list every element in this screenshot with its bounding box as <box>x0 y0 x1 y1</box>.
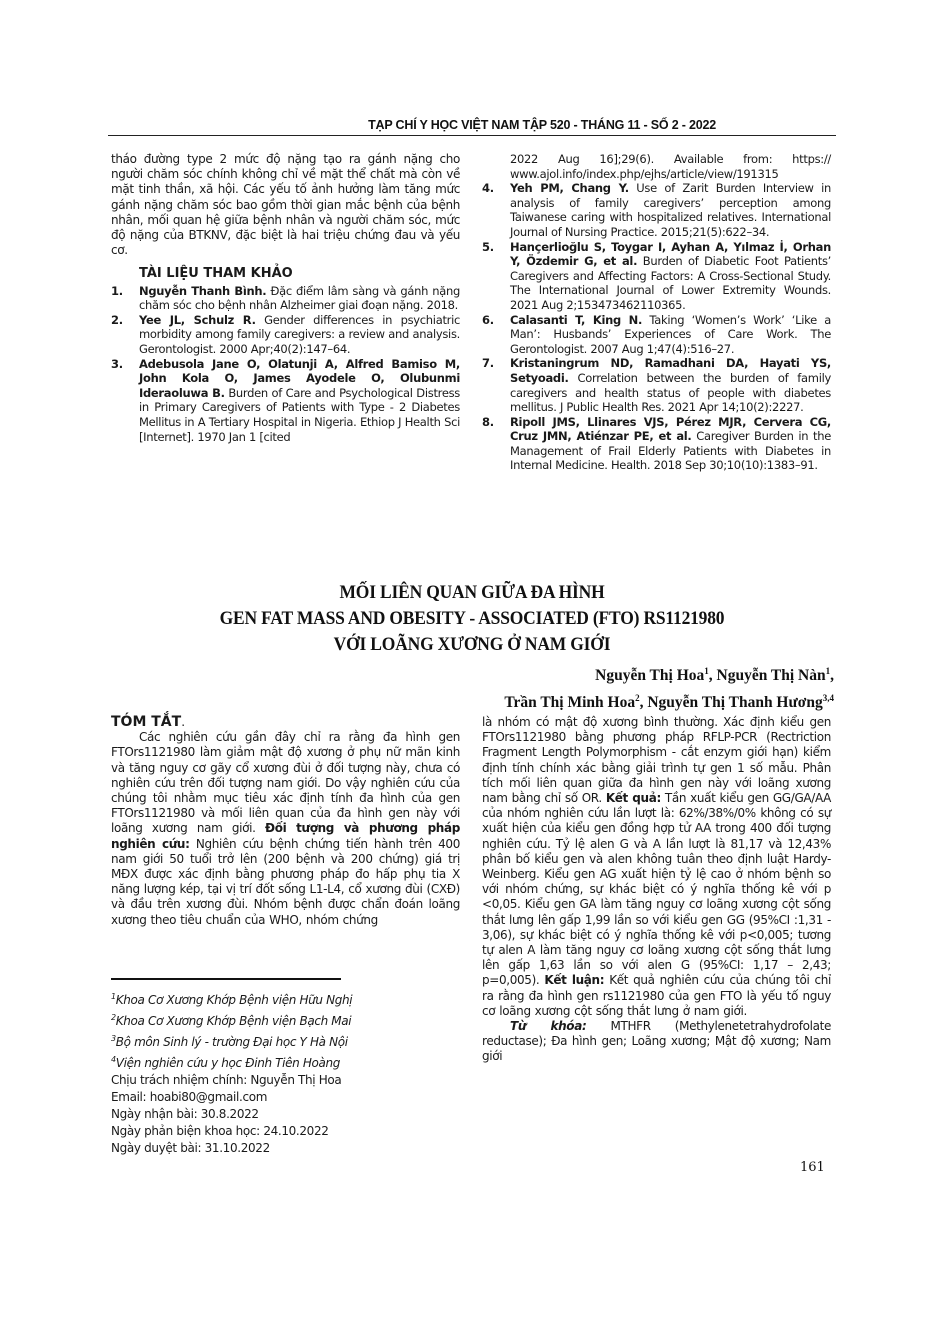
affiliation-item: 1Khoa Cơ Xương Khớp Bệnh viện Hữu Nghị <box>111 988 471 1009</box>
keywords-paragraph: Từ khóa: MTHFR (Methylenetetrahydrofolat… <box>482 1019 831 1065</box>
reference-item: 7. Kristaningrum ND, Ramadhani DA, Hayat… <box>482 356 831 414</box>
results-label: Kết quả: <box>606 791 661 805</box>
reference-item: 5. Hançerlioğlu S, Toygar I, Ayhan A, Yı… <box>482 240 831 313</box>
reference-number: 2. <box>111 313 139 357</box>
previous-article-left-column: tháo đường type 2 mức độ nặng tạo ra gán… <box>111 152 460 444</box>
reference-item: 6. Calasanti T, King N. Taking ‘Women’s … <box>482 313 831 357</box>
date-accepted: Ngày duyệt bài: 31.10.2022 <box>111 1140 471 1157</box>
date-received: Ngày nhận bài: 30.8.2022 <box>111 1106 471 1123</box>
reference-number: 3. <box>111 357 139 445</box>
references-title: TÀI LIỆU THAM KHẢO <box>139 266 460 281</box>
author-name: Nguyễn Thị Nàn <box>717 667 826 684</box>
running-header: TẠP CHÍ Y HỌC VIỆT NAM TẬP 520 - THÁNG 1… <box>108 118 836 132</box>
date-reviewed: Ngày phản biện khoa học: 24.10.2022 <box>111 1123 471 1140</box>
previous-article-right-column: 2022 Aug 16];29(6). Available from: http… <box>482 152 831 473</box>
reference-authors: Yeh PM, Chang Y. <box>510 181 629 195</box>
reference-number: 5. <box>482 240 510 313</box>
affiliation-text: Khoa Cơ Xương Khớp Bệnh viện Bạch Mai <box>116 1014 352 1028</box>
keywords-label: Từ khóa: <box>510 1019 586 1033</box>
footnotes: 1Khoa Cơ Xương Khớp Bệnh viện Hữu Nghị 2… <box>111 988 471 1157</box>
email-link[interactable]: Email: hoabi80@gmail.com <box>111 1089 471 1106</box>
author-name: Trần Thị Minh Hoa <box>504 694 635 711</box>
reference-authors: Calasanti T, King N. <box>510 313 642 327</box>
abstract-right-column: là nhóm có mật độ xương bình thường. Xác… <box>482 715 831 1065</box>
reference-number: 4. <box>482 181 510 239</box>
page-number: 161 <box>800 1160 825 1175</box>
reference-number: 6. <box>482 313 510 357</box>
reference-item: 1. Nguyễn Thanh Bình. Đặc điểm lâm sàng … <box>111 284 460 313</box>
conclusion-label: Kết luận: <box>544 973 604 987</box>
affiliation-text: Bộ môn Sinh lý - trường Đại học Y Hà Nội <box>116 1035 348 1049</box>
reference-item: 4. Yeh PM, Chang Y. Use of Zarit Burden … <box>482 181 831 239</box>
reference-authors: Nguyễn Thanh Bình. <box>139 284 266 298</box>
author-list: Nguyễn Thị Hoa1, Nguyễn Thị Nàn1, Trần T… <box>504 660 834 714</box>
reference-item: 2. Yee JL, Schulz R. Gender differences … <box>111 313 460 357</box>
abstract-intro: Các nghiên cứu gần đây chỉ ra rằng đa hì… <box>111 730 460 835</box>
reference-authors: Yee JL, Schulz R. <box>139 313 256 327</box>
author-name: Nguyễn Thị Thanh Hương <box>647 694 822 711</box>
author-name: Nguyễn Thị Hoa <box>595 667 704 684</box>
affiliation-item: 2Khoa Cơ Xương Khớp Bệnh viện Bạch Mai <box>111 1009 471 1030</box>
author-separator: , <box>830 667 834 684</box>
results-text: Tần xuất kiểu gen GG/GA/AA của nhóm nghi… <box>482 791 831 987</box>
header-rule <box>108 135 836 136</box>
article-title-line: GEN FAT MASS AND OBESITY - ASSOCIATED (F… <box>137 606 807 632</box>
reference-continuation: 2022 Aug 16];29(6). Available from: http… <box>482 152 831 181</box>
reference-number: 1. <box>111 284 139 313</box>
reference-number: 7. <box>482 356 510 414</box>
article-title-line: MỐI LIÊN QUAN GIỮA ĐA HÌNH <box>137 580 807 606</box>
affiliation-text: Khoa Cơ Xương Khớp Bệnh viện Hữu Nghị <box>116 993 352 1007</box>
journal-page: TẠP CHÍ Y HỌC VIỆT NAM TẬP 520 - THÁNG 1… <box>0 0 942 1333</box>
reference-number: 8. <box>482 415 510 473</box>
author-affiliation-mark: 3,4 <box>823 693 834 703</box>
reference-item: 3. Adebusola Jane O, Olatunji A, Alfred … <box>111 357 460 445</box>
author-separator: , <box>709 667 717 684</box>
affiliation-text: Viện nghiên cứu y học Đinh Tiên Hoàng <box>116 1056 340 1070</box>
reference-item: 8. Ripoll JMS, Llinares VJS, Pérez MJR, … <box>482 415 831 473</box>
affiliation-item: 3Bộ môn Sinh lý - trường Đại học Y Hà Nộ… <box>111 1030 471 1051</box>
abstract-text-part-2: là nhóm có mật độ xương bình thường. Xác… <box>482 715 831 1019</box>
abstract-heading-suffix: . <box>181 715 185 729</box>
article-title-line: VỚI LOÃNG XƯƠNG Ở NAM GIỚI <box>137 632 807 658</box>
abstract-heading: TÓM TẮT <box>111 714 181 730</box>
footnote-rule <box>111 978 341 980</box>
abstract-left-column: TÓM TẮT. Các nghiên cứu gần đây chỉ ra r… <box>111 715 460 928</box>
article-title: MỐI LIÊN QUAN GIỮA ĐA HÌNH GEN FAT MASS … <box>137 580 807 658</box>
previous-conclusion-paragraph: tháo đường type 2 mức độ nặng tạo ra gán… <box>111 152 460 258</box>
abstract-text-part-1: Các nghiên cứu gần đây chỉ ra rằng đa hì… <box>111 730 460 928</box>
corresponding-author: Chịu trách nhiệm chính: Nguyễn Thị Hoa <box>111 1072 471 1089</box>
affiliation-item: 4Viện nghiên cứu y học Đinh Tiên Hoàng <box>111 1051 471 1072</box>
